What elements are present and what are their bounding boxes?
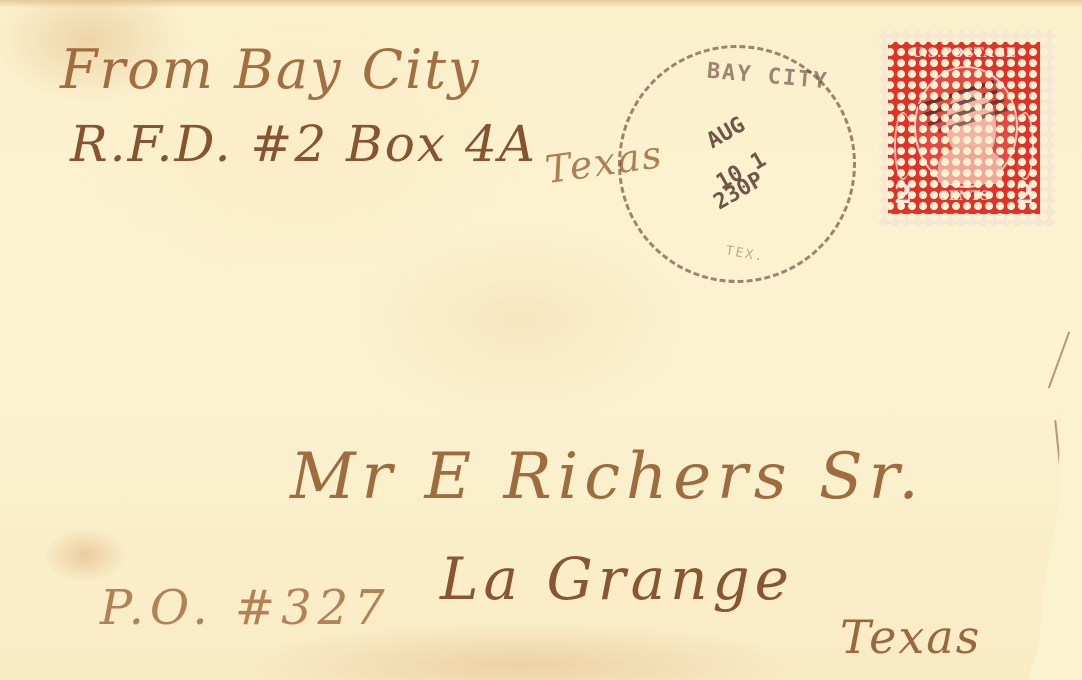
laurel-right-icon <box>1016 112 1034 180</box>
torn-edge <box>1054 420 1067 530</box>
return-address-line2: R.F.D. #2 Box 4A <box>70 115 537 173</box>
postage-stamp: U.S.POSTAGE 2 CENTS 2 <box>879 30 1055 226</box>
stamp-value-text: CENTS <box>938 189 989 204</box>
laurel-left-icon <box>894 112 912 180</box>
postmark-city: BAY CITY <box>706 59 830 95</box>
stamp-value-left: 2 <box>894 182 912 208</box>
recipient-po-box: P.O. #327 <box>100 580 391 636</box>
stamp-denomination: 2 CENTS 2 <box>888 182 1040 208</box>
stamp-header: U.S.POSTAGE <box>888 46 1040 61</box>
recipient-state: Texas <box>840 610 981 664</box>
postmark-state: TEX. <box>724 243 765 265</box>
envelope: From Bay City R.F.D. #2 Box 4A Texas BAY… <box>0 0 1082 680</box>
portrait-bust-icon <box>938 146 1002 184</box>
envelope-top-edge <box>0 0 1082 8</box>
torn-edge <box>1048 331 1070 388</box>
recipient-name: Mr E Richers Sr. <box>290 440 925 514</box>
postmark: BAY CITY AUG 10 1 230P TEX. <box>599 26 875 302</box>
portrait-oval <box>914 66 1018 188</box>
recipient-city: La Grange <box>440 545 794 613</box>
return-address-line1: From Bay City <box>60 38 481 101</box>
stamp-face: U.S.POSTAGE 2 CENTS 2 <box>888 42 1040 214</box>
postmark-month: AUG <box>703 112 750 154</box>
stamp-value-right: 2 <box>1016 182 1034 208</box>
